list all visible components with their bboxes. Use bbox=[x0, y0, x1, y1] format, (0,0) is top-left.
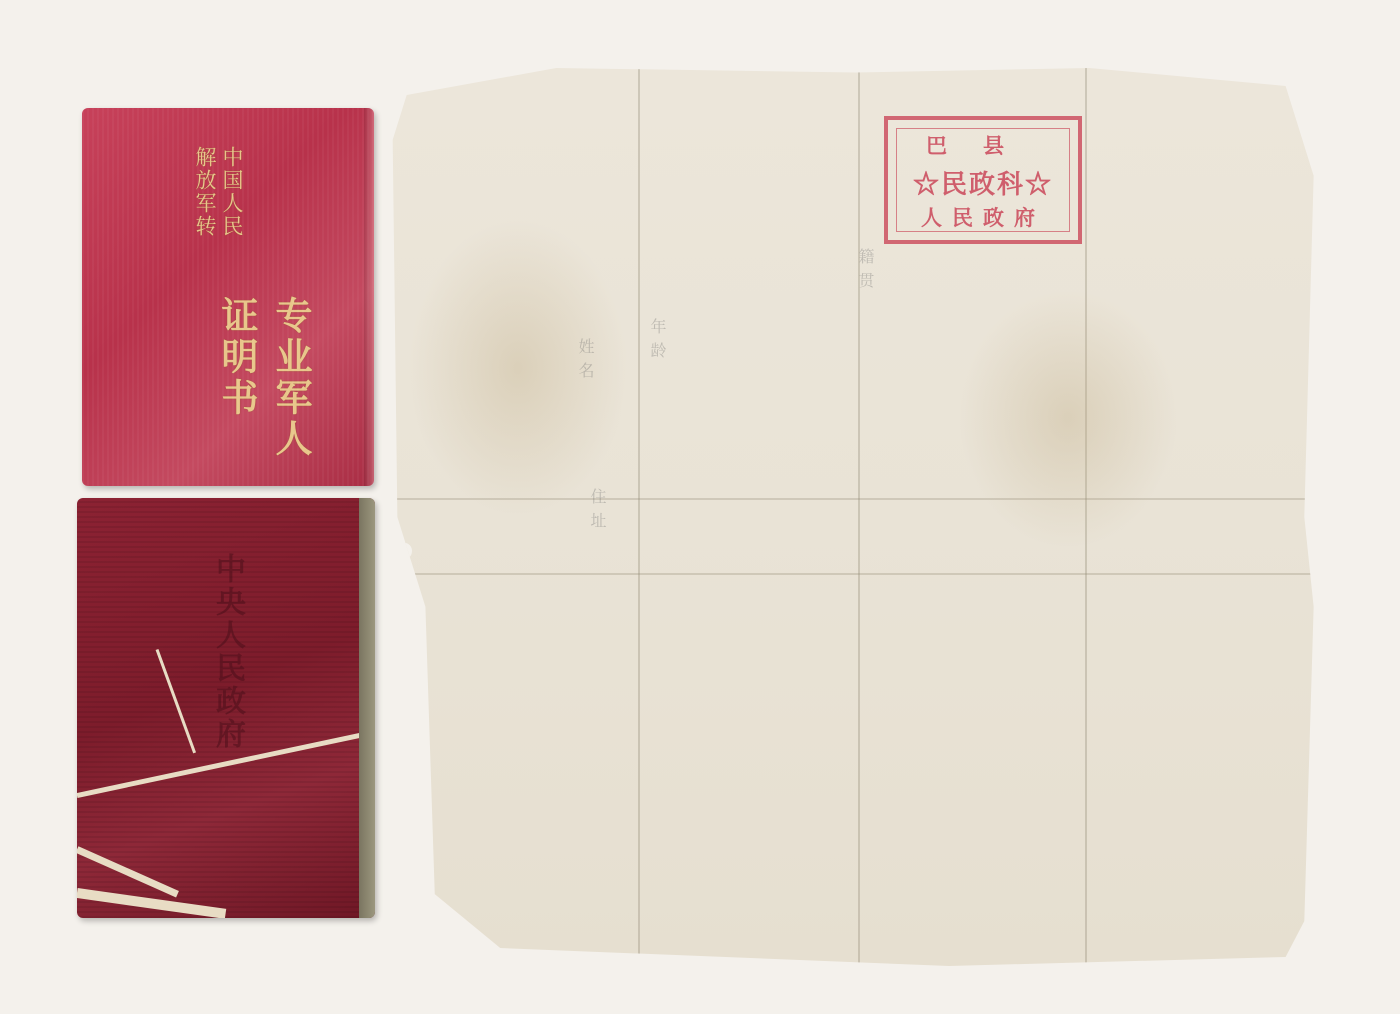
faint-text: 年龄 bbox=[646, 318, 669, 366]
embossed-cover-text: 中央人民政府 bbox=[205, 553, 249, 751]
cover-crack bbox=[156, 649, 196, 753]
folded-paper-document: 姓名 年龄 籍贯 住址 巴县 ☆民政科☆ 人民政府 bbox=[388, 68, 1323, 966]
paper-stain bbox=[958, 288, 1178, 548]
red-official-seal: 巴县 ☆民政科☆ 人民政府 bbox=[884, 116, 1082, 244]
faint-text: 住址 bbox=[586, 488, 609, 536]
faint-text: 籍贯 bbox=[854, 248, 877, 296]
fold-line bbox=[638, 68, 640, 966]
fold-line bbox=[858, 68, 860, 966]
faint-text: 姓名 bbox=[574, 338, 597, 386]
cover-text-line-1: 中国人民 bbox=[217, 146, 247, 238]
cover-text-line-2: 解放军转 bbox=[190, 146, 220, 238]
red-booklet-certificate: 中国人民 解放军转 专业军人证明书 bbox=[82, 108, 374, 486]
booklet-spine bbox=[359, 498, 375, 918]
worn-red-booklet: 中央人民政府 bbox=[77, 498, 375, 918]
paper-hole bbox=[398, 543, 412, 559]
seal-text-row-3: 人民政府 bbox=[888, 202, 1078, 232]
cover-title: 专业军人证明书 bbox=[210, 296, 318, 486]
seal-text-row-2: ☆民政科☆ bbox=[888, 164, 1078, 201]
fold-line bbox=[388, 573, 1323, 575]
booklet-edge bbox=[364, 108, 374, 486]
seal-text-row-1: 巴县 bbox=[888, 130, 1078, 160]
cover-crack bbox=[77, 888, 226, 918]
